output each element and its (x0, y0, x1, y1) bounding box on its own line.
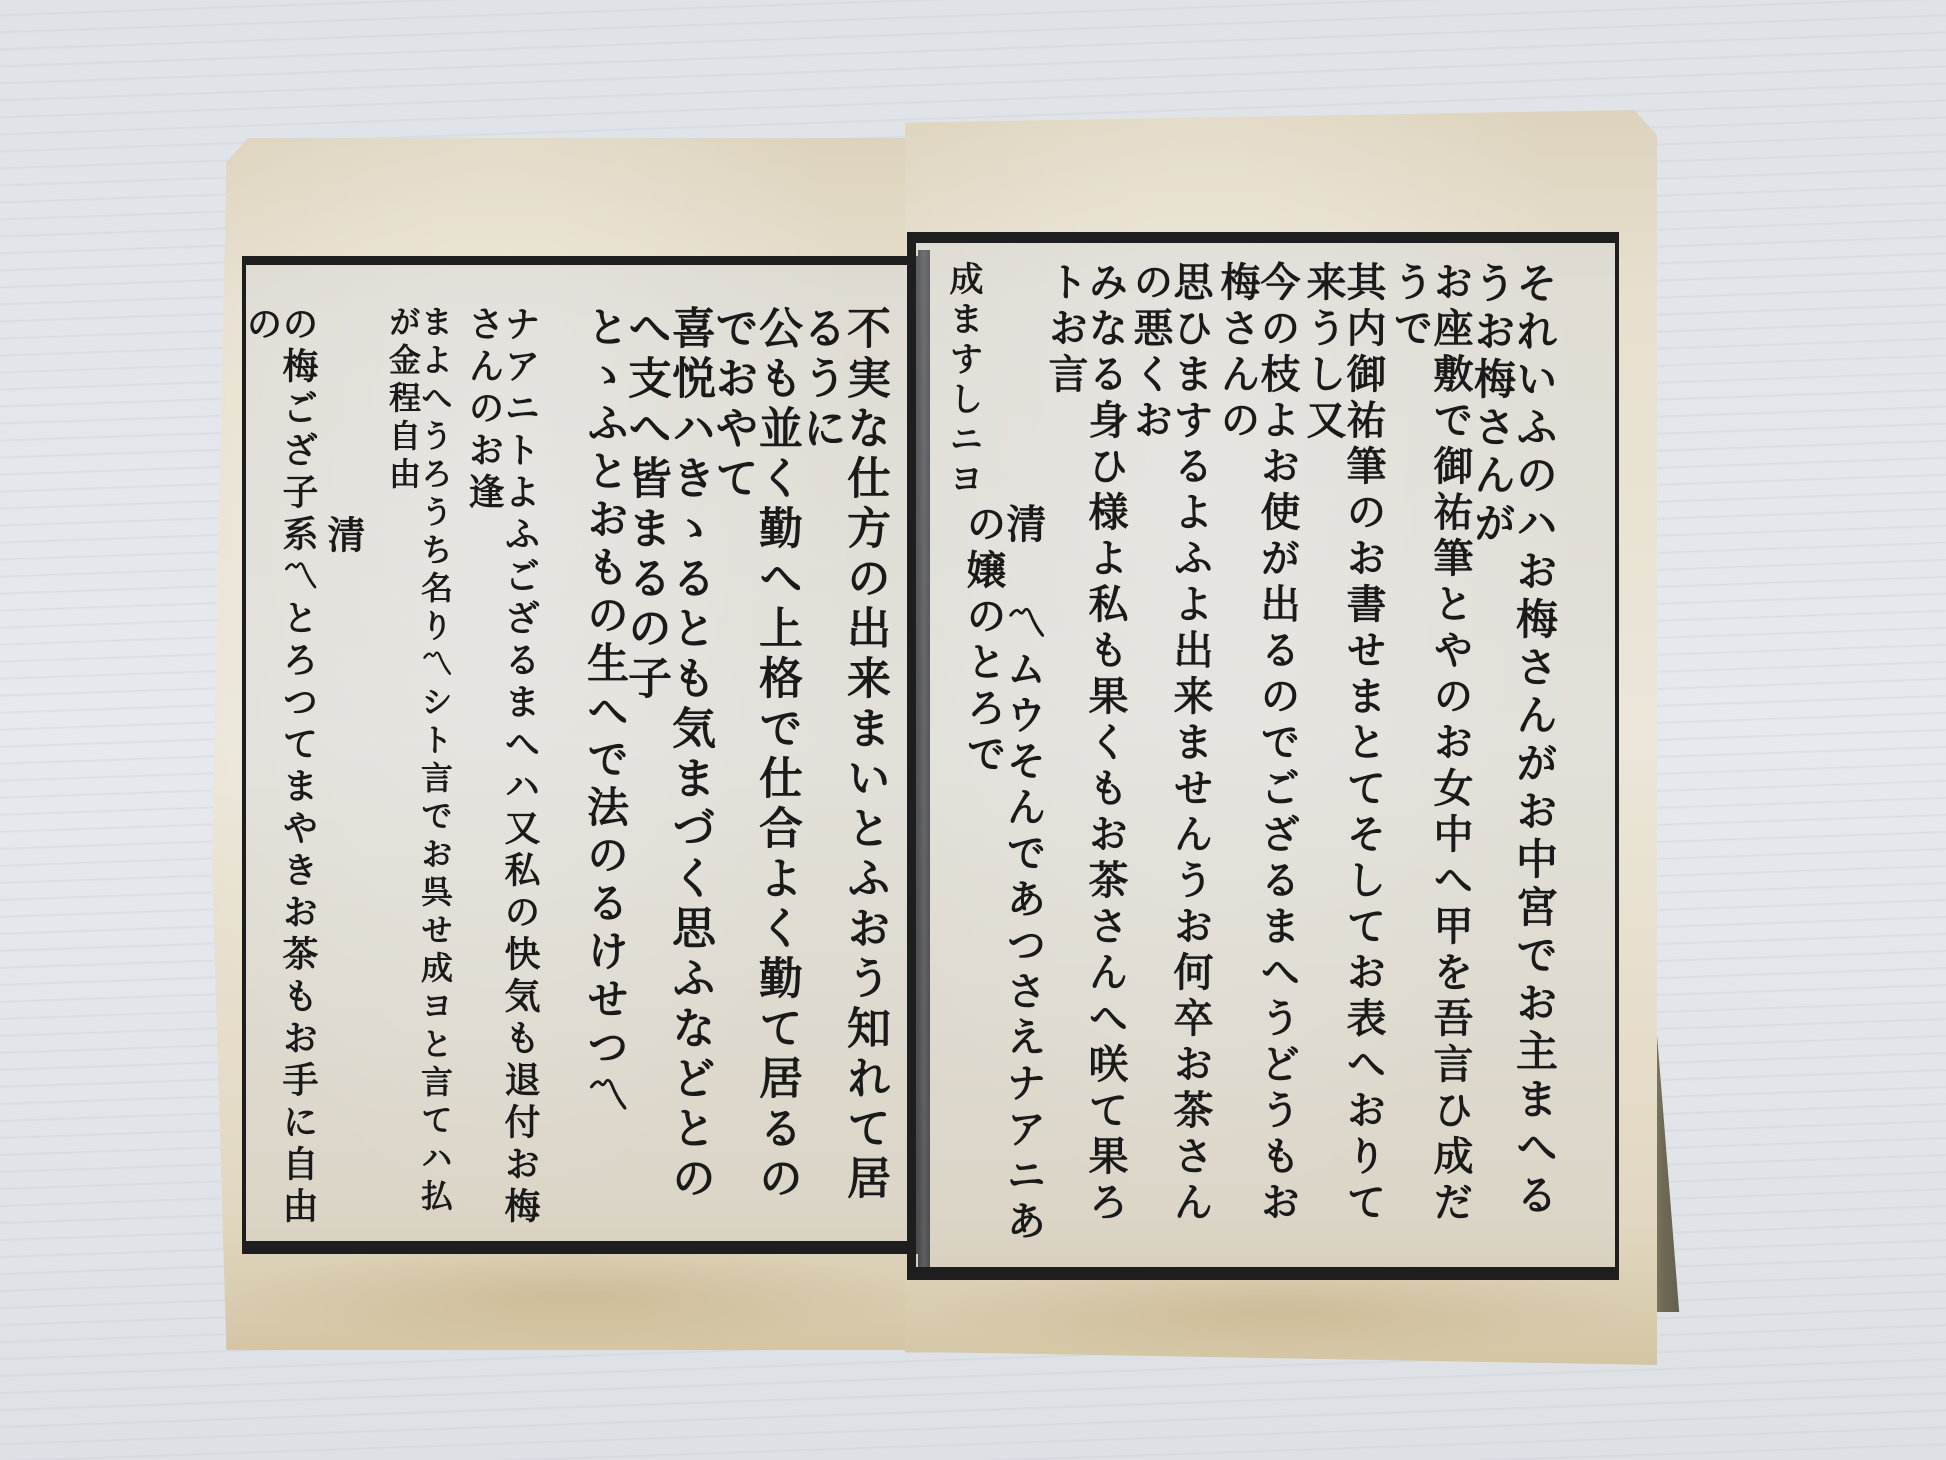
text-column: お座敷で御祐筆とやのお女中へ甲を吾言ひ成だうで (1390, 261, 1470, 1267)
text-column: 成ますしニヨ (946, 261, 980, 501)
text-column: の梅ござ子系〽とろつてまやきお茶もお手に自由の (244, 305, 316, 1241)
right-page-text-frame: それいふのハお梅さんがお中宮でお主まへるうお梅さんが お座敷で御祐筆とやのお女中… (907, 232, 1619, 1280)
text-column: とゝふとおもの生へで法のるけせつ〽 (584, 305, 626, 1121)
text-column: みなる身ひ様よ私も果くもお茶さんへ咲て果ろトお言 (1045, 261, 1125, 1267)
text-column: 今の枝よお使が出るのでござるまへうどうもお梅さんの (1217, 261, 1297, 1267)
text-column: まよへうろうち名り〽シト言でお呉せ成ヨと言てハ払が金程自由 (387, 305, 451, 1241)
speaker-mark: 清 (316, 515, 371, 553)
text-column: 喜悦ハきゝるとも気まづく思ふなどとのへ支へ皆まるの子 (623, 305, 711, 1241)
text-column: 思ひまするよふよ出来ませんうお何卒お茶さんの悪くお (1130, 261, 1210, 1267)
text-column: ナアニトよふござるまへハ又私の快気も退付お梅さんのお逢 (466, 305, 538, 1241)
left-page-text-frame: 不実な仕方の出来まいとふおう知れて居るうに 公も並く勤へ上格で仕合よく勤て居るの… (242, 256, 925, 1254)
text-column: それいふのハお梅さんがお中宮でお主まへるうお梅さんが (1471, 261, 1555, 1267)
text-column: 不実な仕方の出来まいとふおう知れて居るうに (798, 305, 886, 1241)
open-book: 不実な仕方の出来まいとふおう知れて居るうに 公も並く勤へ上格で仕合よく勤て居るの… (0, 0, 1946, 1460)
text-column: 其内御祐筆のお書せまとてそしてお表へおりて来うし又 (1303, 261, 1383, 1267)
text-column: 清 〽ムウそんであつさえナアニあの嬢のとろで (963, 503, 1043, 1267)
text-column: 公も並く勤へ上格で仕合よく勤て居るのでおやて (710, 305, 798, 1241)
